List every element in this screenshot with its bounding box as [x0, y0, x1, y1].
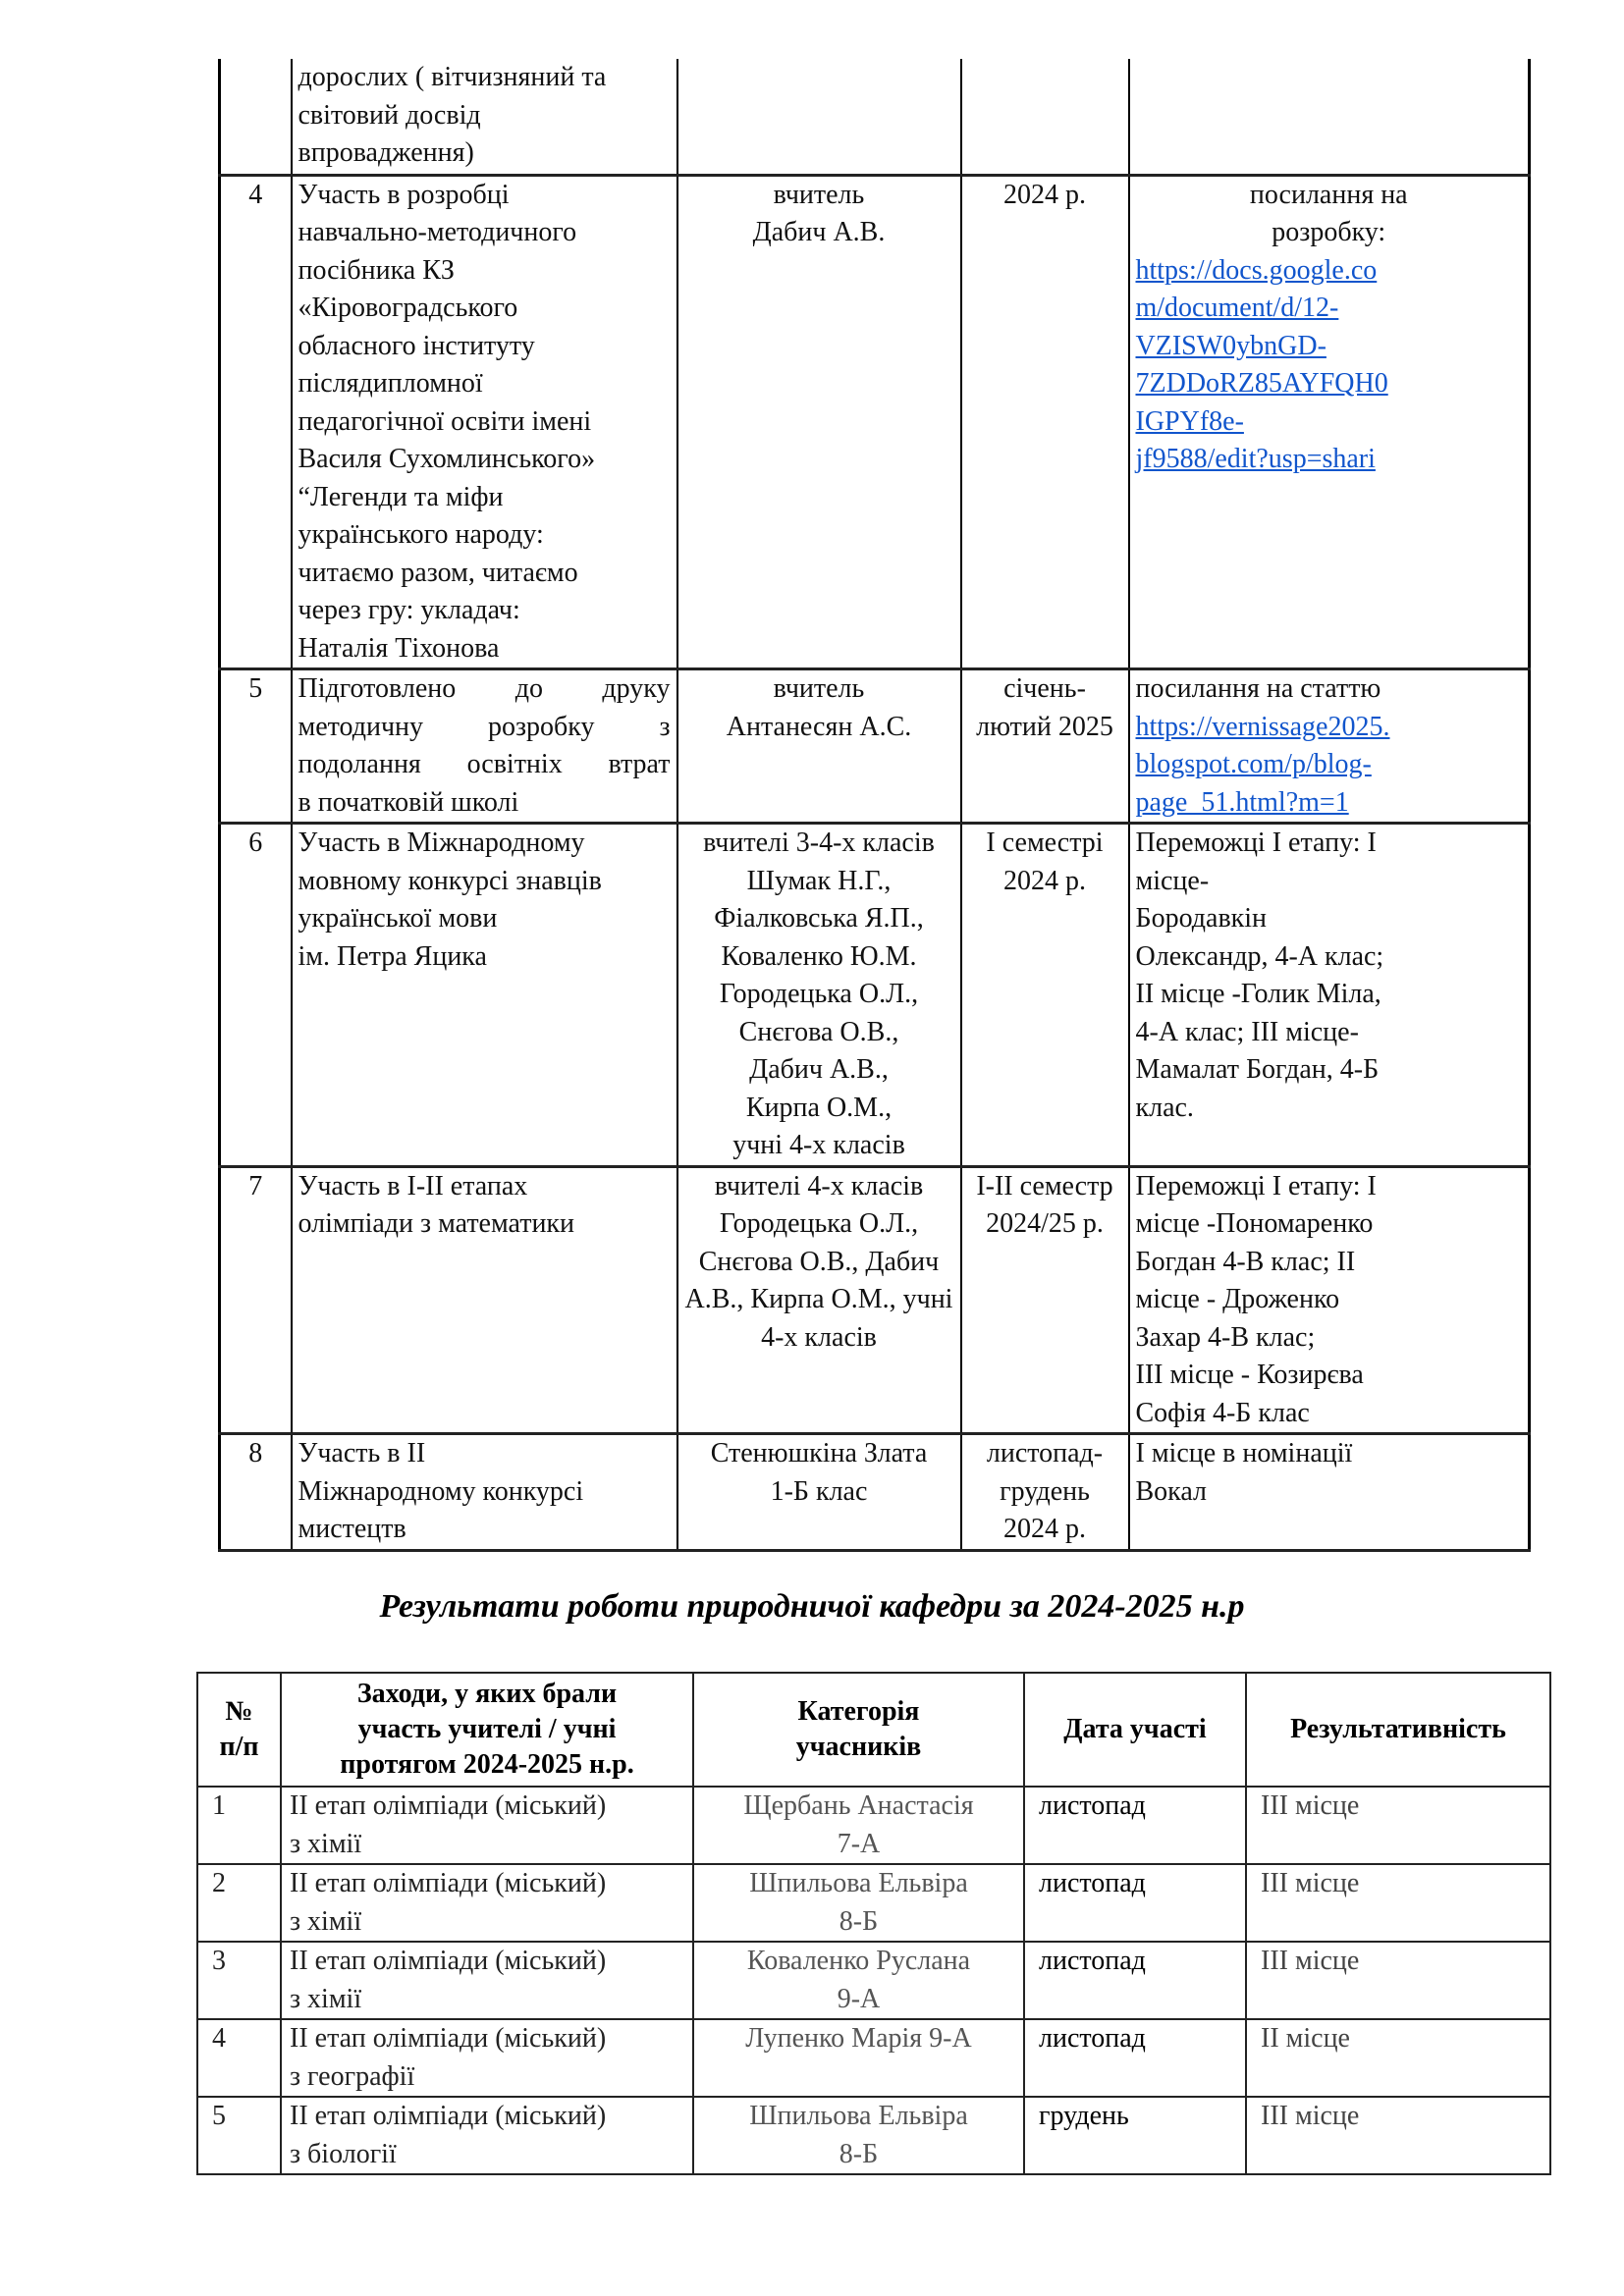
participant-line: Шпильова Ельвіра — [702, 2098, 1015, 2136]
activity-line: посібника КЗ — [298, 252, 671, 291]
participant-line: Городецька О.Л., — [684, 1205, 954, 1244]
date-cell: листопад — [1024, 2019, 1246, 2097]
participant-line: Стенюшкіна Злата — [684, 1435, 954, 1473]
participant-line: Снєгова О.В., — [684, 1014, 954, 1052]
activity-line: Міжнародному конкурсі — [298, 1473, 671, 1512]
result-line: Переможці І етапу: І — [1136, 1168, 1523, 1206]
participant-line: Шпильова Ельвіра — [702, 1865, 1015, 1903]
participant-line: 1-Б клас — [684, 1473, 954, 1512]
participant-line: вчитель — [684, 177, 954, 215]
activity-line: “Легенди та міфи — [298, 479, 671, 517]
date-line: 2024 р. — [968, 1511, 1122, 1549]
result-line: місце- — [1136, 863, 1523, 901]
activity-line: олімпіади з математики — [298, 1205, 671, 1244]
participant-line: Фіалковська Я.П., — [684, 900, 954, 938]
section-title: Результати роботи природничої кафедри за… — [0, 1588, 1624, 1626]
participant-line: вчителі 3-4-х класів — [684, 825, 954, 863]
activity-line: Участь в І-ІІ етапах — [298, 1168, 671, 1206]
activity-line: Участь в ІІ — [298, 1435, 671, 1473]
participants-cell — [677, 59, 961, 175]
result-cell: ІІІ місце — [1246, 2097, 1550, 2174]
activities-table-continued: дорослих ( вітчизняний тасвітовий досвід… — [218, 59, 1531, 1552]
participant-line: 8-Б — [702, 1903, 1015, 1942]
participant-line: А.В., Кирпа О.М., учні — [684, 1281, 954, 1319]
activity-line: методичну розробку з — [298, 709, 671, 747]
result-cell — [1129, 59, 1530, 175]
participants-cell: вчительАнтанесян А.С. — [677, 669, 961, 824]
activity-line: українського народу: — [298, 516, 671, 555]
participant-cell: Шпильова Ельвіра8-Б — [693, 1864, 1024, 1942]
activity-cell: Участь в ІІМіжнародному конкурсімистецтв — [292, 1434, 677, 1551]
result-line: місце - Дроженко — [1136, 1281, 1523, 1319]
result-cell: Переможці І етапу: Імісце-БородавкінОлек… — [1129, 824, 1530, 1167]
row-number: 3 — [197, 1942, 281, 2019]
date-line: лютий 2025 — [968, 709, 1122, 747]
result-line: Вокал — [1136, 1473, 1523, 1512]
activity-line: подолання освітніх втрат — [298, 746, 671, 784]
link-line[interactable]: IGPYf8e- — [1136, 403, 1523, 442]
result-line: Бородавкін — [1136, 900, 1523, 938]
date-cell: грудень — [1024, 2097, 1246, 2174]
participants-cell: вчителі 3-4-х класівШумак Н.Г.,Фіалковсь… — [677, 824, 961, 1167]
participant-line: 8-Б — [702, 2136, 1015, 2174]
participant-line: Дабич А.В. — [684, 214, 954, 252]
event-line: з хімії — [290, 1903, 684, 1942]
activity-cell: Участь в Міжнародномумовному конкурсі зн… — [292, 824, 677, 1167]
result-cell: ІІІ місце — [1246, 1787, 1550, 1864]
table-row: 6Участь в Міжнародномумовному конкурсі з… — [220, 824, 1530, 1167]
row-number: 4 — [220, 175, 292, 669]
date-cell — [961, 59, 1129, 175]
date-cell: І-ІІ семестр2024/25 р. — [961, 1166, 1129, 1434]
activity-line: Наталія Тіхонова — [298, 630, 671, 668]
science-department-results-table: №п/п Заходи, у яких бралиучасть учителі … — [196, 1672, 1551, 2175]
participant-line: Коваленко Ю.М. — [684, 938, 954, 977]
participant-line: Шумак Н.Г., — [684, 863, 954, 901]
participant-cell: Шпильова Ельвіра8-Б — [693, 2097, 1024, 2174]
row-number — [220, 59, 292, 175]
result-line: посилання на статтю — [1136, 670, 1523, 709]
participant-line: Дабич А.В., — [684, 1051, 954, 1090]
participants-cell: вчительДабич А.В. — [677, 175, 961, 669]
participant-line: 7-А — [702, 1826, 1015, 1864]
event-line: ІІ етап олімпіади (міський) — [290, 2020, 684, 2058]
result-line: І місце в номінації — [1136, 1435, 1523, 1473]
result-line: розробку: — [1136, 214, 1523, 252]
activity-line: післядипломної — [298, 365, 671, 403]
table-row: 4ІІ етап олімпіади (міський)з географіїЛ… — [197, 2019, 1550, 2097]
row-number-text: 5 — [248, 673, 262, 704]
result-cell: І місце в номінаціїВокал — [1129, 1434, 1530, 1551]
participant-line: Антанесян А.С. — [684, 709, 954, 747]
event-cell: ІІ етап олімпіади (міський)з географії — [281, 2019, 693, 2097]
activity-line: педагогічної освіти імені — [298, 403, 671, 442]
event-line: ІІ етап олімпіади (міський) — [290, 1865, 684, 1903]
result-line: Переможці І етапу: І — [1136, 825, 1523, 863]
date-cell: листопад-грудень2024 р. — [961, 1434, 1129, 1551]
result-line: Богдан 4-В клас; ІІ — [1136, 1244, 1523, 1282]
participant-line: Снєгова О.В., Дабич — [684, 1244, 954, 1282]
table-header-row: №п/п Заходи, у яких бралиучасть учителі … — [197, 1673, 1550, 1787]
participant-line: 9-А — [702, 1981, 1015, 2019]
row-number: 7 — [220, 1166, 292, 1434]
participant-line: Щербань Анастасія — [702, 1788, 1015, 1826]
result-line: ІІІ місце - Козирєва — [1136, 1357, 1523, 1395]
result-line: ІІ місце -Голик Міла, — [1136, 976, 1523, 1014]
date-cell: І семестрі2024 р. — [961, 824, 1129, 1167]
row-number-text: 7 — [248, 1171, 262, 1201]
result-cell: посилання нарозробку:https://docs.google… — [1129, 175, 1530, 669]
table-row: 7Участь в І-ІІ етапахолімпіади з математ… — [220, 1166, 1530, 1434]
activity-line: через гру: укладач: — [298, 592, 671, 630]
result-line: Олександр, 4-А клас; — [1136, 938, 1523, 977]
activity-line: мовному конкурсі знавців — [298, 863, 671, 901]
activity-cell: Участь в І-ІІ етапахолімпіади з математи… — [292, 1166, 677, 1434]
activity-line: української мови — [298, 900, 671, 938]
date-cell: січень-лютий 2025 — [961, 669, 1129, 824]
header-event: Заходи, у яких бралиучасть учителі / учн… — [281, 1673, 693, 1787]
activity-line: впровадження) — [298, 134, 671, 173]
row-number: 5 — [197, 2097, 281, 2174]
link-line[interactable]: page_51.html?m=1 — [1136, 784, 1523, 823]
header-result: Результативність — [1246, 1673, 1550, 1787]
participant-cell: Коваленко Руслана9-А — [693, 1942, 1024, 2019]
result-line: 4-А клас; ІІІ місце- — [1136, 1014, 1523, 1052]
result-line: клас. — [1136, 1090, 1523, 1128]
result-line: посилання на — [1136, 177, 1523, 215]
result-cell: ІІІ місце — [1246, 1942, 1550, 2019]
link-line[interactable]: https://docs.google.co — [1136, 252, 1523, 291]
result-line: Мамалат Богдан, 4-Б — [1136, 1051, 1523, 1090]
activity-cell: дорослих ( вітчизняний тасвітовий досвід… — [292, 59, 677, 175]
activity-line: навчально-методичного — [298, 214, 671, 252]
participant-line: вчителі 4-х класів — [684, 1168, 954, 1206]
participant-cell: Лупенко Марія 9-А — [693, 2019, 1024, 2097]
date-cell: листопад — [1024, 1787, 1246, 1864]
result-link[interactable]: https://docs.google.com/document/d/12-VZ… — [1136, 252, 1523, 479]
activity-line: Василя Сухомлинського» — [298, 441, 671, 479]
header-num: №п/п — [197, 1673, 281, 1787]
table-row: 2ІІ етап олімпіади (міський)з хіміїШпиль… — [197, 1864, 1550, 1942]
link-line[interactable]: blogspot.com/p/blog- — [1136, 746, 1523, 784]
event-line: з біології — [290, 2136, 684, 2174]
result-cell: ІІІ місце — [1246, 1864, 1550, 1942]
activity-cell: Підготовлено до друкуметодичну розробку … — [292, 669, 677, 824]
participants-cell: Стенюшкіна Злата1-Б клас — [677, 1434, 961, 1551]
event-cell: ІІ етап олімпіади (міський)з біології — [281, 2097, 693, 2174]
result-cell: ІІ місце — [1246, 2019, 1550, 2097]
event-line: з хімії — [290, 1981, 684, 2019]
event-cell: ІІ етап олімпіади (міський)з хімії — [281, 1942, 693, 2019]
date-line: січень- — [968, 670, 1122, 709]
activity-line: Участь в Міжнародному — [298, 825, 671, 863]
date-line: І семестрі — [968, 825, 1122, 863]
participant-line: вчитель — [684, 670, 954, 709]
row-number-text: 6 — [248, 828, 262, 858]
date-line: 2024 р. — [968, 863, 1122, 901]
event-line: ІІ етап олімпіади (міський) — [290, 2098, 684, 2136]
table-row: 8Участь в ІІМіжнародному конкурсімистецт… — [220, 1434, 1530, 1551]
event-cell: ІІ етап олімпіади (міський)з хімії — [281, 1787, 693, 1864]
date-cell: листопад — [1024, 1864, 1246, 1942]
header-date: Дата участі — [1024, 1673, 1246, 1787]
participant-cell: Щербань Анастасія7-А — [693, 1787, 1024, 1864]
table-row: 5Підготовлено до друкуметодичну розробку… — [220, 669, 1530, 824]
event-line: з хімії — [290, 1826, 684, 1864]
activity-line: Підготовлено до друку — [298, 670, 671, 709]
date-line: 2024/25 р. — [968, 1205, 1122, 1244]
link-line[interactable]: jf9588/edit?usp=shari — [1136, 441, 1523, 479]
link-line[interactable]: VZISW0ybnGD- — [1136, 328, 1523, 366]
date-cell: 2024 р. — [961, 175, 1129, 669]
result-cell: Переможці І етапу: Імісце -ПономаренкоБо… — [1129, 1166, 1530, 1434]
row-number: 6 — [220, 824, 292, 1167]
date-line: І-ІІ семестр — [968, 1168, 1122, 1206]
link-line[interactable]: 7ZDDoRZ85AYFQH0 — [1136, 365, 1523, 403]
activity-line: обласного інституту — [298, 328, 671, 366]
link-line[interactable]: m/document/d/12- — [1136, 290, 1523, 328]
result-line: місце -Пономаренко — [1136, 1205, 1523, 1244]
participant-line: Городецька О.Л., — [684, 976, 954, 1014]
table-row: 4Участь в розробцінавчально-методичногоп… — [220, 175, 1530, 669]
result-line: Софія 4-Б клас — [1136, 1395, 1523, 1433]
participant-line: Кирпа О.М., — [684, 1090, 954, 1128]
date-line: листопад- — [968, 1435, 1122, 1473]
result-link[interactable]: https://vernissage2025.blogspot.com/p/bl… — [1136, 709, 1523, 823]
event-line: з географії — [290, 2058, 684, 2097]
activity-line: читаємо разом, читаємо — [298, 555, 671, 593]
participant-line: Коваленко Руслана — [702, 1943, 1015, 1981]
event-line: ІІ етап олімпіади (міський) — [290, 1788, 684, 1826]
table-row: 3ІІ етап олімпіади (міський)з хіміїКовал… — [197, 1942, 1550, 2019]
row-number: 4 — [197, 2019, 281, 2097]
header-category: Категоріяучасників — [693, 1673, 1024, 1787]
participants-cell: вчителі 4-х класівГородецька О.Л.,Снєгов… — [677, 1166, 961, 1434]
activity-line: в початковій школі — [298, 784, 671, 823]
activity-cell: Участь в розробцінавчально-методичногопо… — [292, 175, 677, 669]
participant-line: Лупенко Марія 9-А — [702, 2020, 1015, 2058]
row-number-text: 8 — [248, 1438, 262, 1468]
activity-line: світовий досвід — [298, 97, 671, 135]
result-cell: посилання на статтюhttps://vernissage202… — [1129, 669, 1530, 824]
participant-line: 4-х класів — [684, 1319, 954, 1358]
row-number: 1 — [197, 1787, 281, 1864]
participant-line: учні 4-х класів — [684, 1127, 954, 1165]
table-row: 5ІІ етап олімпіади (міський)з біологіїШп… — [197, 2097, 1550, 2174]
row-number: 8 — [220, 1434, 292, 1551]
activity-line: «Кіровоградського — [298, 290, 671, 328]
event-line: ІІ етап олімпіади (міський) — [290, 1943, 684, 1981]
activity-line: дорослих ( вітчизняний та — [298, 59, 671, 97]
row-number: 5 — [220, 669, 292, 824]
table-row: дорослих ( вітчизняний тасвітовий досвід… — [220, 59, 1530, 175]
date-line: 2024 р. — [968, 177, 1122, 215]
result-line: Захар 4-В клас; — [1136, 1319, 1523, 1358]
row-number-text: 4 — [248, 180, 262, 210]
activity-line: мистецтв — [298, 1511, 671, 1549]
activity-line: ім. Петра Яцика — [298, 938, 671, 977]
event-cell: ІІ етап олімпіади (міський)з хімії — [281, 1864, 693, 1942]
activity-line: Участь в розробці — [298, 177, 671, 215]
link-line[interactable]: https://vernissage2025. — [1136, 709, 1523, 747]
row-number: 2 — [197, 1864, 281, 1942]
date-line: грудень — [968, 1473, 1122, 1512]
date-cell: листопад — [1024, 1942, 1246, 2019]
table-row: 1ІІ етап олімпіади (міський)з хіміїЩерба… — [197, 1787, 1550, 1864]
